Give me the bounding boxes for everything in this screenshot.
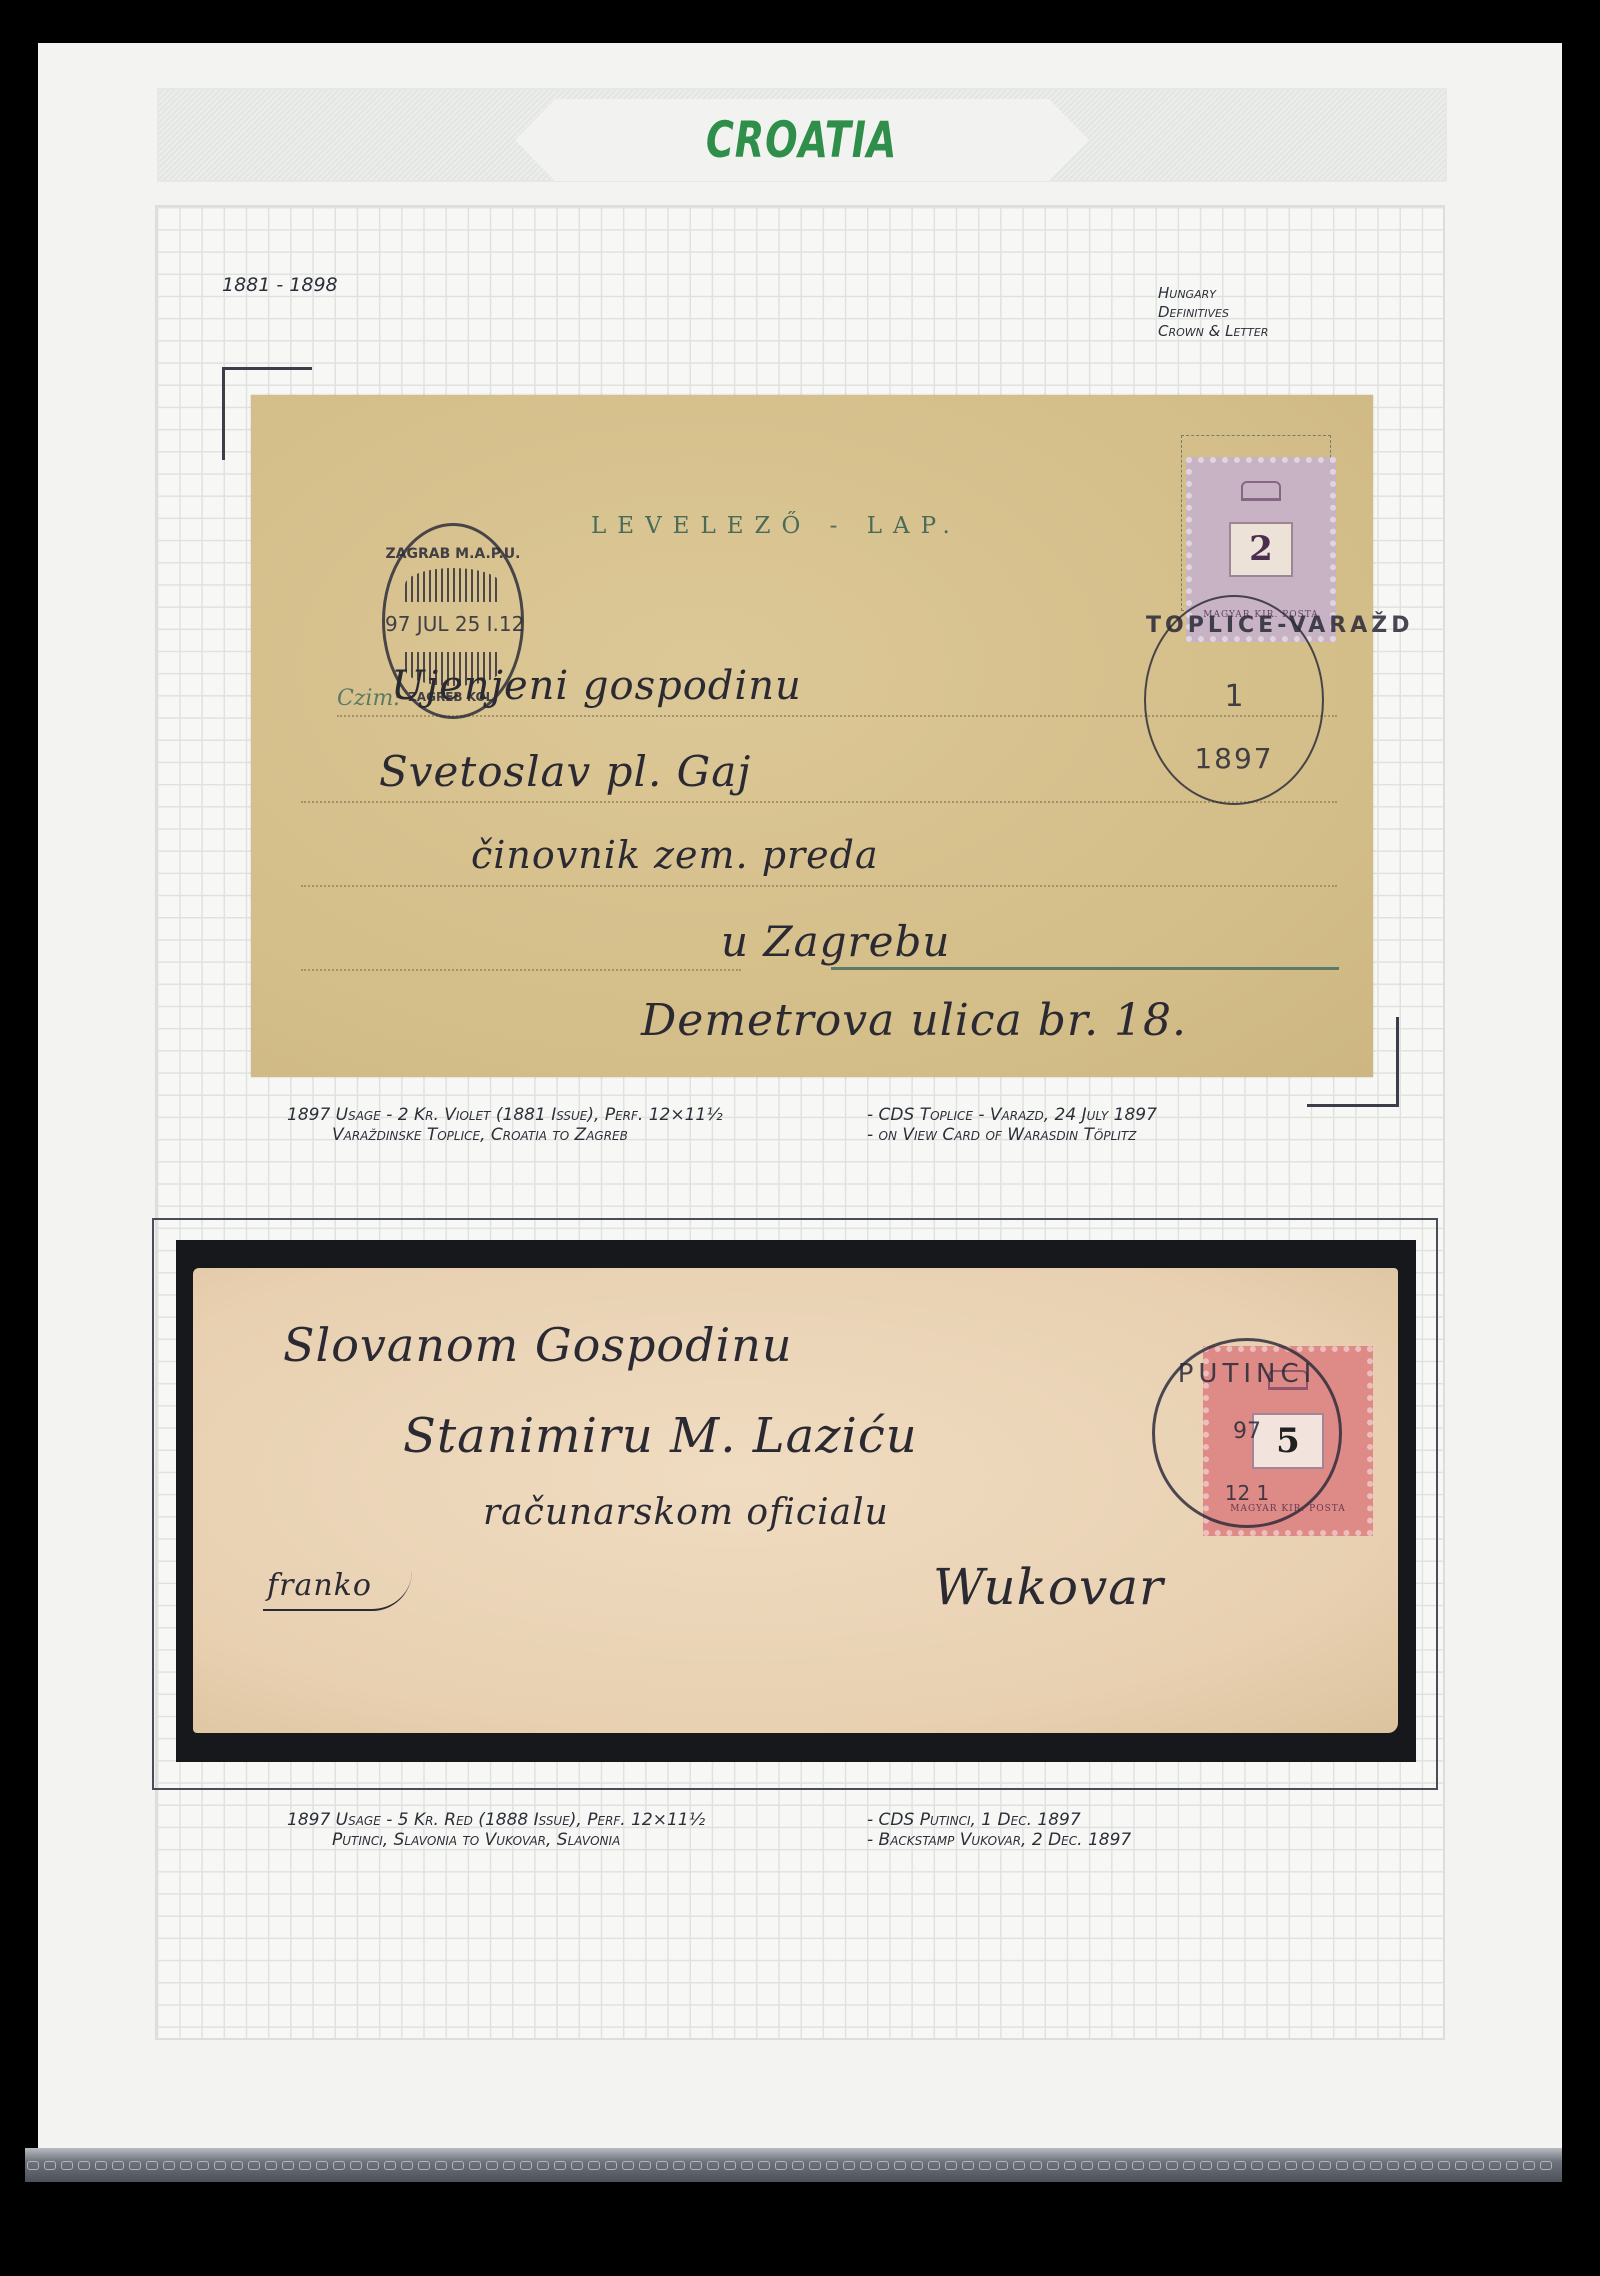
cover-franko-note: franko (263, 1568, 412, 1611)
postal-card: LEVELEZŐ - LAP. Czim: 2 MAGYAR KIR. POST… (251, 395, 1373, 1077)
address-line-5: Demetrova ulica br. 18. (641, 995, 1187, 1046)
title-plaque: CROATIA (515, 99, 1089, 181)
cover-address-line-1: Slovanom Gospodinu (283, 1318, 793, 1372)
stamp-value: 2 (1229, 522, 1292, 577)
series-type: Definitives (1158, 303, 1268, 322)
page-title: CROATIA (706, 111, 897, 169)
address-line (301, 801, 1337, 803)
address-line (301, 885, 1337, 887)
address-line-3: činovnik zem. preda (471, 833, 879, 877)
cover-address-line-4: Wukovar (933, 1558, 1164, 1616)
series-design: Crown & Letter (1158, 322, 1268, 341)
address-line (301, 969, 741, 971)
address-underline (831, 967, 1339, 970)
period-label: 1881 - 1898 (222, 274, 338, 296)
postmark-putinci: PUTINCI 97 12 1 (1152, 1338, 1342, 1528)
series-country: Hungary (1158, 284, 1268, 303)
caption-item-1: 1897 Usage - 2 Kr. Violet (1881 Issue), … (287, 1105, 1157, 1145)
series-label: Hungary Definitives Crown & Letter (1158, 284, 1268, 341)
cover-address-line-3: računarskom oficialu (483, 1492, 889, 1533)
postmark-toplice: TOPLICE-VARAŽD 1 1897 (1144, 595, 1324, 805)
address-line-1: Ujenjeni gospodinu (391, 663, 802, 709)
address-line-4: u Zagrebu (721, 917, 950, 966)
binder-strip (25, 2148, 1562, 2182)
cover-address-line-2: Stanimiru M. Laziću (403, 1408, 918, 1464)
caption-item-2: 1897 Usage - 5 Kr. Red (1888 Issue), Per… (287, 1810, 1131, 1850)
card-printed-title: LEVELEZŐ - LAP. (591, 513, 961, 539)
address-line-2: Svetoslav pl. Gaj (379, 747, 751, 796)
crown-icon (1241, 481, 1281, 501)
